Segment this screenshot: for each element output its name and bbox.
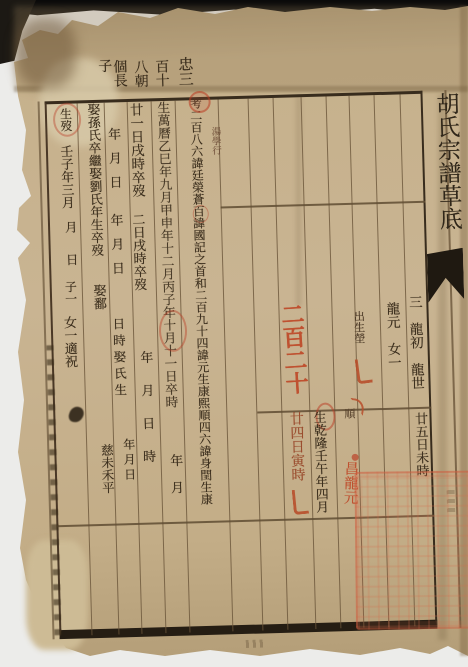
header-note-1: 忠三	[175, 56, 192, 86]
margin-title: 胡氏宗譜草底	[432, 92, 462, 231]
column-daughter: 女一適祝	[61, 316, 79, 368]
column-death-template: 年月日時	[139, 350, 156, 482]
header-note-2: 百十	[152, 59, 167, 87]
template-ymd-1: 年月日	[106, 127, 122, 199]
column-sons: 龍元 女一	[383, 302, 400, 370]
page-number-smudge	[246, 639, 264, 647]
template-ymd-2: 年月日	[109, 213, 125, 285]
column-wives-2: 娶鄱	[92, 284, 106, 310]
left-entry-2: 壬子年三月	[58, 145, 73, 209]
header-note-5: 子	[95, 59, 110, 73]
header-note-4: 個長	[110, 59, 125, 87]
seal-stamp	[354, 471, 468, 630]
interlinear-note: 湯學行	[208, 127, 219, 156]
red-hook-mark-1	[355, 358, 373, 385]
qianlong-birth-entry: 生乾隆壬午年四月	[311, 411, 327, 514]
red-time-annotation: 廿四日寅時	[287, 411, 304, 481]
column-burial: 慈未禾平	[98, 444, 114, 494]
fishtail-mark	[427, 248, 464, 303]
left-entry-4: 子一	[64, 281, 77, 305]
column-rank-time: 廿五日未時	[413, 412, 428, 477]
red-number-annotation: 二百二十	[278, 302, 308, 395]
note-adoption: 出生塋	[352, 311, 366, 344]
template-marriage: 日時娶氏生	[111, 317, 126, 400]
sheet-content: 忠三 百十 八朝 個長 子 胡氏宗譜草底 三 龍初 龍世 廿五	[0, 0, 468, 667]
header-note-3: 八朝	[131, 60, 146, 88]
column-death-2: 二日戌時卒歿	[131, 213, 147, 291]
red-hook-mark-2	[292, 489, 309, 515]
scanned-genealogy-page: 忠三 百十 八朝 個長 子 胡氏宗譜草底 三 龍初 龍世 廿五	[0, 0, 468, 667]
column-birth-ym: 年月	[168, 454, 183, 508]
column-wives: 娶孫氏卒繼娶劉氏年生卒歿	[85, 103, 103, 257]
column-death-1: 廿一日戌時卒歿	[128, 103, 145, 198]
column-rank: 三 龍初 龍世	[407, 295, 423, 390]
template-ymd-3: 年月日	[122, 438, 136, 483]
left-entry-3: 月日	[63, 221, 78, 286]
